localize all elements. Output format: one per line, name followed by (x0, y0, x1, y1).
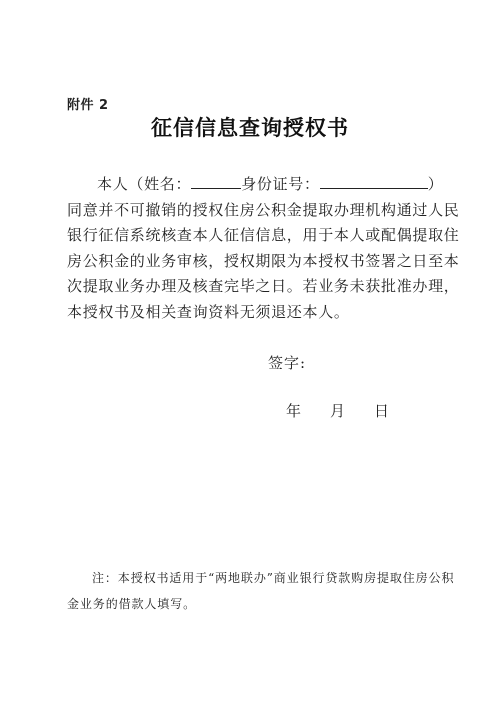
authorization-body: 本人（姓名：身份证号：） 同意并不可撤销的授权住房公积金提取办理机构通过人民 银… (67, 172, 437, 325)
date-line: 年 月 日 (286, 400, 389, 421)
body-line: 同意并不可撤销的授权住房公积金提取办理机构通过人民 (67, 198, 437, 224)
document-page: 附件 2 征信信息查询授权书 本人（姓名：身份证号：） 同意并不可撤销的授权住房… (0, 0, 500, 707)
id-label: 身份证号： (241, 175, 320, 193)
identity-line: 本人（姓名：身份证号：） (67, 172, 437, 198)
id-number-field[interactable] (320, 174, 428, 189)
note-line: 注：本授权书适用于“两地联办”商业银行贷款购房提取住房公积 (67, 565, 442, 591)
note-line: 金业务的借款人填写。 (67, 591, 442, 617)
attachment-label: 附件 2 (67, 94, 109, 113)
month-label: 月 (330, 400, 374, 421)
document-title: 征信信息查询授权书 (0, 112, 500, 142)
identity-suffix: ） (428, 175, 444, 193)
day-label: 日 (374, 400, 389, 421)
body-line: 本授权书及相关查询资料无须退还本人。 (67, 300, 437, 326)
body-line: 银行征信系统核查本人征信信息，用于本人或配偶提取住 (67, 223, 437, 249)
body-line: 次提取业务办理及核查完毕之日。若业务未获批准办理， (67, 274, 437, 300)
identity-prefix: 本人（姓名： (97, 175, 191, 193)
footnote: 注：本授权书适用于“两地联办”商业银行贷款购房提取住房公积 金业务的借款人填写。 (67, 565, 442, 617)
body-line: 房公积金的业务审核，授权期限为本授权书签署之日至本 (67, 249, 437, 275)
name-field[interactable] (191, 174, 241, 189)
year-label: 年 (286, 400, 330, 421)
signature-label: 签字: (268, 352, 306, 373)
